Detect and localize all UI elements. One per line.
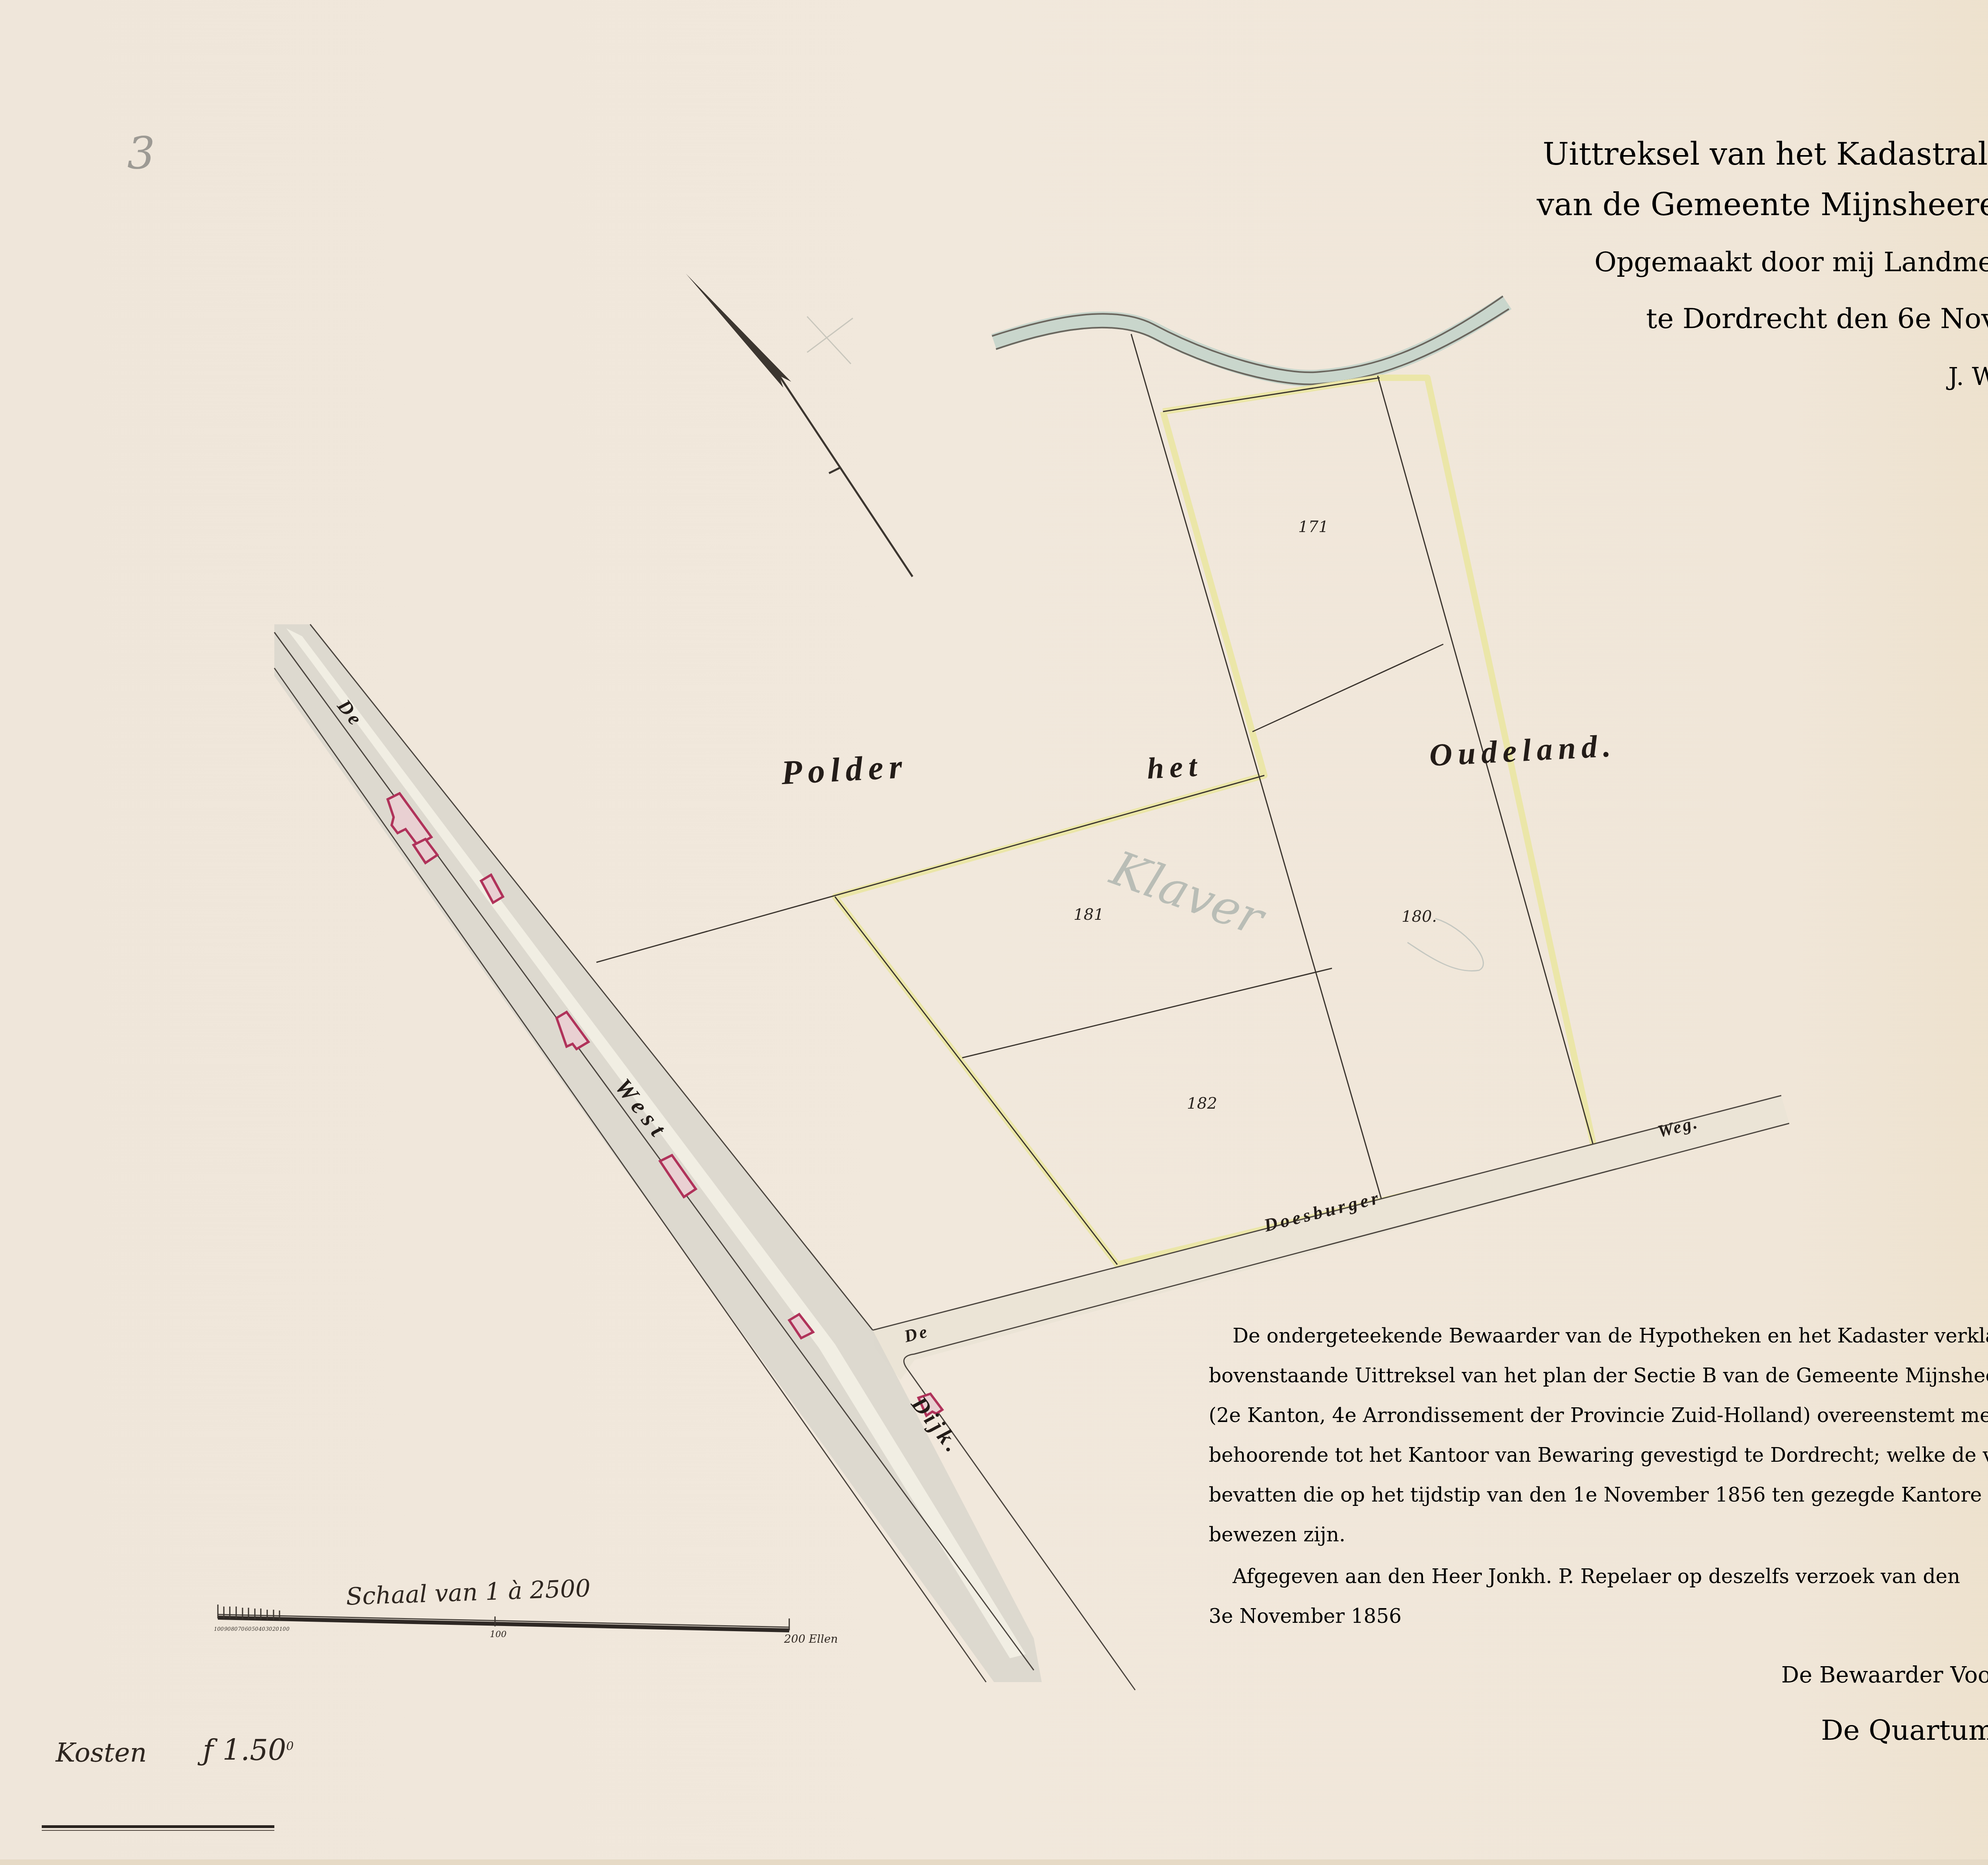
scale-bar <box>218 1605 789 1630</box>
parcel-number-182: 182 <box>1187 1096 1217 1111</box>
parcel-number-180: 180. <box>1402 909 1437 925</box>
west-dijk-dike <box>274 624 1042 1682</box>
issued-line-1: Afgegeven aan den Heer Jonkh. P. Repelae… <box>1233 1565 1960 1588</box>
title-line-1: Uittreksel van het Kadastrale plan der S… <box>1543 131 1988 173</box>
scale-ticks-left: 100 90 80 70 60 50 40 30 20 10 0 <box>214 1626 289 1632</box>
scale-tick-end: 200 Ellen <box>784 1634 838 1645</box>
costs-amount: ƒ 1.500 <box>203 1736 294 1764</box>
title-line-2: van de Gemeente Mijnsheerenland <box>1537 187 1988 223</box>
costs-label: Kosten <box>56 1740 147 1766</box>
declaration-line-6: bewezen zijn. <box>1209 1523 1345 1546</box>
closing-line: De Bewaarder Voornoemd <box>1781 1662 1988 1688</box>
waterway <box>992 296 1509 384</box>
declaration-line-1: De ondergeteekende Bewaarder van de Hypo… <box>1233 1324 1988 1347</box>
issued-line-2: 3e November 1856 <box>1209 1605 1402 1628</box>
declaration-line-5: bevatten die op het tijdstip van den 1e … <box>1209 1483 1988 1506</box>
declaration-line-4: behoorende tot het Kantoor van Bewaring … <box>1209 1443 1988 1467</box>
pencil-outline <box>1408 919 1483 971</box>
parcel-boundaries <box>596 334 1594 1265</box>
title-line-4: te Dordrecht den 6e November 1856 <box>1646 302 1988 335</box>
north-arrow-icon <box>686 274 912 577</box>
document-sheet: 3 Uittreksel van het Kadastrale plan der… <box>0 0 1988 1865</box>
page-number: 3 <box>127 131 155 175</box>
scale-tick-mid: 100 <box>490 1630 507 1639</box>
title-line-3: Opgemaakt door mij Landmeter van het Kad… <box>1594 247 1988 278</box>
declaration-line-2: bovenstaande Uittreksel van het plan der… <box>1209 1364 1988 1387</box>
region-label-polder: Polder <box>780 749 909 790</box>
parcel-number-181: 181 <box>1074 907 1104 923</box>
region-label-het: het <box>1146 751 1203 784</box>
costs-underline <box>42 1825 274 1831</box>
surveyor-signature: J. W. Haardekooper <box>1948 362 1988 391</box>
registrar-signature: De Quartumont <box>1821 1714 1988 1746</box>
declaration-line-3: (2e Kanton, 4e Arrondissement der Provin… <box>1209 1404 1988 1427</box>
parcel-number-171: 171 <box>1298 519 1328 535</box>
